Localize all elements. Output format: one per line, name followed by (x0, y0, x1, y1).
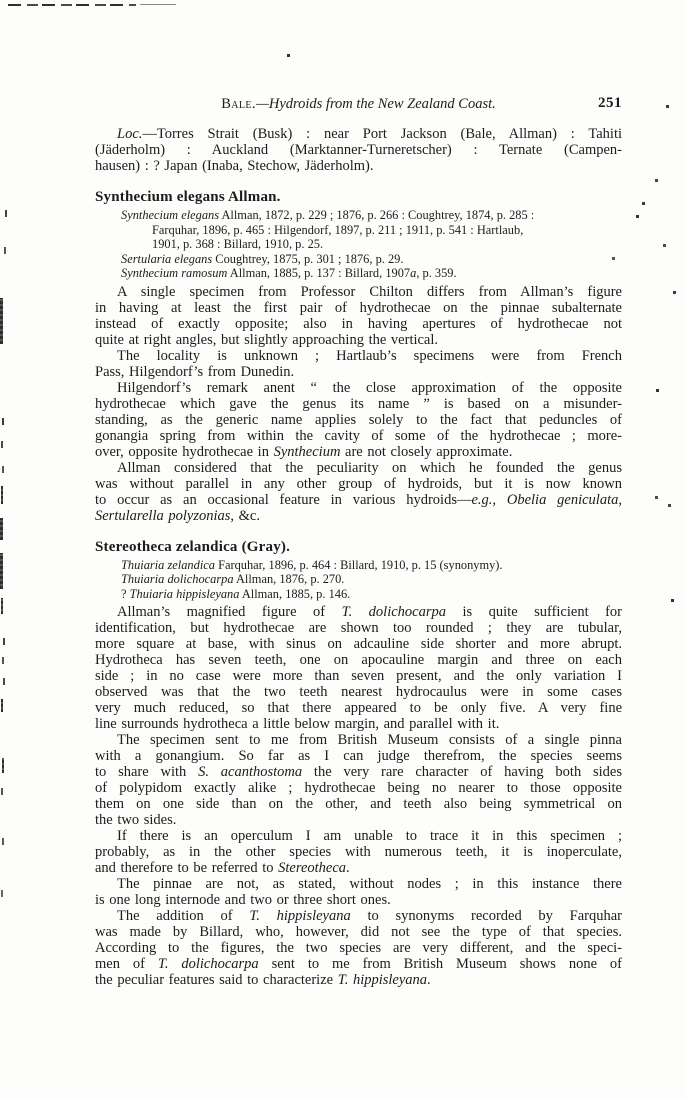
text-line: instead of exactly opposite; also in hav… (95, 316, 622, 332)
scan-artifact-left-bar (0, 298, 3, 344)
text-line: The locality is unknown ; Hartlaub’s spe… (95, 348, 622, 364)
species-heading: Stereotheca zelandica (Gray). (95, 539, 622, 555)
page-content: Bale.—Hydroids from the New Zealand Coas… (95, 96, 622, 988)
page-body: Loc.—Torres Strait (Busk) : near Port Ja… (95, 126, 622, 988)
synonymy-line: 1901, p. 368 : Billard, 1910, p. 25. (95, 237, 622, 252)
text-line: quite at right angles, but slightly appr… (95, 332, 622, 348)
running-title: Bale.—Hydroids from the New Zealand Coas… (95, 96, 622, 113)
page-number: 251 (598, 95, 622, 112)
synonymy-line: Synthecium ramosum Allman, 1885, p. 137 … (95, 266, 622, 281)
scan-artifact-left-bar (1, 699, 3, 712)
text-line: was without parallel in any other group … (95, 476, 622, 492)
paragraph: A single specimen from Professor Chilton… (95, 284, 622, 348)
text-line: gonangia spring from within the cavity o… (95, 428, 622, 444)
text-line: the two sides. (95, 812, 622, 828)
text-line: very much reduced, so that there appeare… (95, 700, 622, 716)
text-line: hydrothecae which gave the genus its nam… (95, 396, 622, 412)
scan-artifact-left-bar (1, 598, 3, 614)
synonymy-line: Thuiaria dolichocarpa Allman, 1876, p. 2… (95, 572, 622, 587)
text-line: probably, as in the other species with n… (95, 844, 622, 860)
text-line: According to the figures, the two specie… (95, 940, 622, 956)
text-line: them on one side than on the other, and … (95, 796, 622, 812)
species-heading: Synthecium elegans Allman. (95, 189, 622, 205)
scanned-page: Bale.—Hydroids from the New Zealand Coas… (0, 0, 686, 1100)
running-title-author: Bale. (221, 96, 256, 112)
text-line: The specimen sent to me from British Mus… (95, 732, 622, 748)
running-title-text: —Hydroids from the New Zealand Coast. (256, 96, 496, 112)
text-line: Allman’s magnified figure of T. dolichoc… (95, 604, 622, 620)
synonymy-block: Synthecium elegans Allman, 1872, p. 229 … (95, 208, 622, 281)
scan-artifact-top-dashed-line-faint (140, 4, 176, 5)
text-line: Pass, Hilgendorf’s from Dunedin. (95, 364, 622, 380)
text-line: side ; in no case were more than seven p… (95, 668, 622, 684)
synonymy-line: ? Thuiaria hippisleyana Allman, 1885, p.… (95, 587, 622, 602)
paragraph: Loc.—Torres Strait (Busk) : near Port Ja… (95, 126, 622, 174)
text-line: over, opposite hydrothecae in Synthecium… (95, 444, 622, 460)
synonymy-line: Thuiaria zelandica Farquhar, 1896, p. 46… (95, 558, 622, 573)
text-line: Sertularella polyzonias, &c. (95, 508, 622, 524)
text-line: was made by Billard, who, however, did n… (95, 924, 622, 940)
scan-artifact-left-bar (2, 758, 4, 773)
text-line: is one long internode and two or three s… (95, 892, 622, 908)
text-line: Allman considered that the peculiarity o… (95, 460, 622, 476)
synonymy-block: Thuiaria zelandica Farquhar, 1896, p. 46… (95, 558, 622, 602)
text-line: to occur as an occasional feature in var… (95, 492, 622, 508)
paragraph: The specimen sent to me from British Mus… (95, 732, 622, 828)
text-line: to share with S. acanthostoma the very r… (95, 764, 622, 780)
text-line: with a gonangium. So far as I can judge … (95, 748, 622, 764)
scan-artifact-left-bar (0, 553, 3, 589)
paragraph: The addition of T. hippisleyana to synon… (95, 908, 622, 988)
text-line: observed was that the two teeth nearest … (95, 684, 622, 700)
text-line: Hydrotheca has seven teeth, one on apoca… (95, 652, 622, 668)
text-line: The pinnae are not, as stated, without n… (95, 876, 622, 892)
page-header: Bale.—Hydroids from the New Zealand Coas… (95, 96, 622, 113)
paragraph: The locality is unknown ; Hartlaub’s spe… (95, 348, 622, 380)
text-line: the peculiar features said to characteri… (95, 972, 622, 988)
synonymy-line: Farquhar, 1896, p. 465 : Hilgendorf, 189… (95, 223, 622, 238)
text-line: and therefore to be referred to Stereoth… (95, 860, 622, 876)
text-line: hausen) : ? Japan (Inaba, Stechow, Jäder… (95, 158, 622, 174)
text-line: more square at base, with sinus on adcau… (95, 636, 622, 652)
synonymy-line: Synthecium elegans Allman, 1872, p. 229 … (95, 208, 622, 223)
paragraph: If there is an operculum I am unable to … (95, 828, 622, 876)
text-line: A single specimen from Professor Chilton… (95, 284, 622, 300)
text-line: Loc.—Torres Strait (Busk) : near Port Ja… (95, 126, 622, 142)
text-line: Hilgendorf’s remark anent “ the close ap… (95, 380, 622, 396)
text-line: standing, as the generic name applies so… (95, 412, 622, 428)
scan-artifact-top-dashed-line (8, 4, 136, 6)
text-line: men of T. dolichocarpa sent to me from B… (95, 956, 622, 972)
synonymy-line: Sertularia elegans Coughtrey, 1875, p. 3… (95, 252, 622, 267)
text-line: line surrounds hydrotheca a little below… (95, 716, 622, 732)
scan-artifact-left-bar (0, 518, 3, 540)
paragraph: The pinnae are not, as stated, without n… (95, 876, 622, 908)
text-line: (Jäderholm) : Auckland (Marktanner-Turne… (95, 142, 622, 158)
text-line: If there is an operculum I am unable to … (95, 828, 622, 844)
paragraph: Allman considered that the peculiarity o… (95, 460, 622, 524)
text-line: of polypidom exactly alike ; hydrothecae… (95, 780, 622, 796)
scan-artifact-left-bar (1, 486, 3, 504)
text-line: in having at least the first pair of hyd… (95, 300, 622, 316)
scan-artifact-specks (0, 0, 3, 3)
text-line: The addition of T. hippisleyana to synon… (95, 908, 622, 924)
paragraph: Allman’s magnified figure of T. dolichoc… (95, 604, 622, 732)
text-line: identification, but hydrothecae are show… (95, 620, 622, 636)
paragraph: Hilgendorf’s remark anent “ the close ap… (95, 380, 622, 460)
